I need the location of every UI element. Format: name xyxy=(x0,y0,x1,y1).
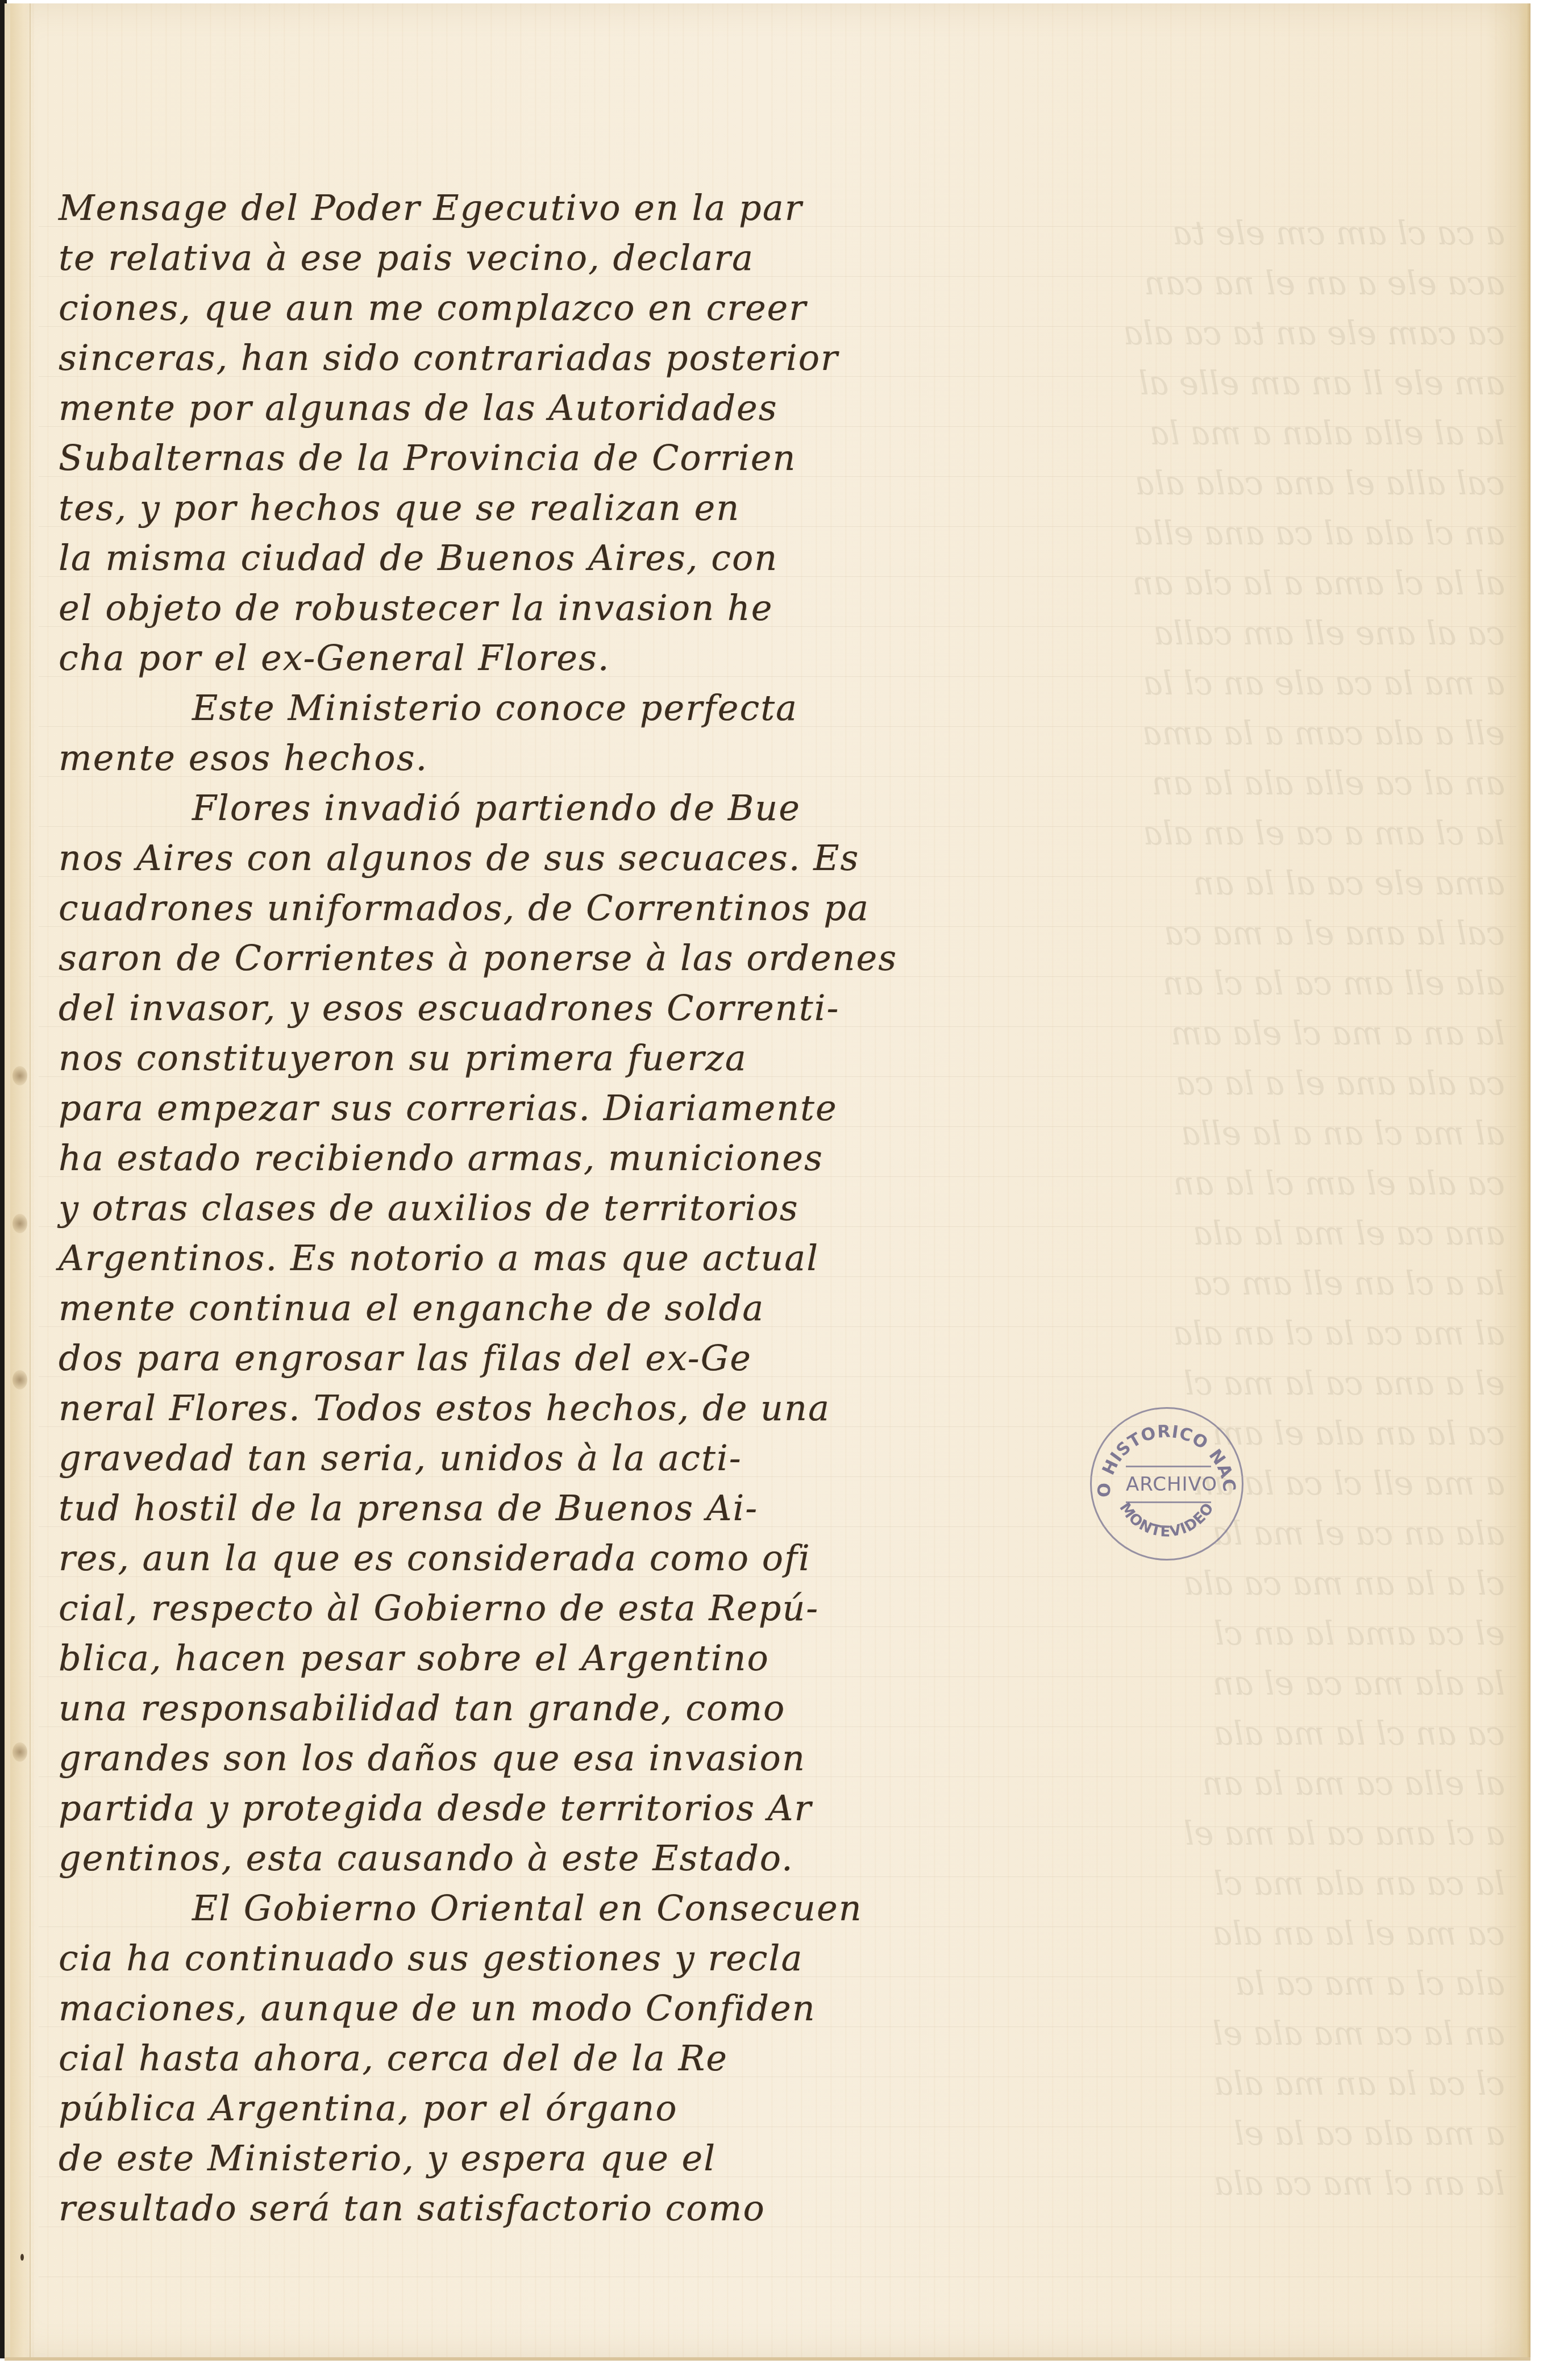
ruled-line xyxy=(39,2177,1516,2177)
ruled-line xyxy=(39,1026,1516,1027)
binding-stain xyxy=(13,1066,27,1085)
manuscript-line: del invasor, y esos escuadrones Correnti… xyxy=(59,983,888,1033)
ruled-line xyxy=(39,576,1516,577)
manuscript-line: cia ha continuado sus gestiones y recla xyxy=(59,1933,888,1983)
ruled-line xyxy=(39,2077,1516,2077)
ruled-line xyxy=(39,776,1516,777)
manuscript-line: blica, hacen pesar sobre el Argentino xyxy=(59,1633,888,1683)
manuscript-line: partida y protegida desde territorios Ar xyxy=(59,1783,888,1833)
manuscript-line: tes, y por hechos que se realizan en xyxy=(59,483,888,533)
manuscript-line: Mensage del Poder Egecutivo en la par xyxy=(59,183,888,233)
manuscript-line: cial, respecto àl Gobierno de esta Repú- xyxy=(59,1583,888,1633)
manuscript-line: la misma ciudad de Buenos Aires, con xyxy=(59,533,888,583)
ruled-line xyxy=(39,1826,1516,1827)
manuscript-text: Mensage del Poder Egecutivo en la parte … xyxy=(59,183,888,2233)
manuscript-line: mente continua el enganche de solda xyxy=(59,1283,888,1333)
manuscript-line: Flores invadió partiendo de Bue xyxy=(59,783,888,833)
manuscript-line: ciones, que aun me complazco en creer xyxy=(59,283,888,333)
manuscript-line: el objeto de robustecer la invasion he xyxy=(59,583,888,633)
binding-stain xyxy=(13,1370,27,1389)
manuscript-line: cial hasta ahora, cerca del de la Re xyxy=(59,2033,888,2083)
manuscript-line: cuadrones uniformados, de Correntinos pa xyxy=(59,883,888,933)
manuscript-page: a ca cl am cm ele ta aca ele a an el na … xyxy=(5,3,1530,2361)
manuscript-line: gravedad tan seria, unidos à la acti- xyxy=(59,1433,888,1483)
ruled-line xyxy=(39,1977,1516,1977)
ruled-line xyxy=(39,2127,1516,2127)
ruled-line xyxy=(39,426,1516,427)
manuscript-line: te relativa à ese pais vecino, declara xyxy=(59,233,888,283)
ruled-line xyxy=(39,1626,1516,1627)
ruled-line xyxy=(39,1526,1516,1527)
manuscript-line: saron de Corrientes à ponerse à las orde… xyxy=(59,933,888,983)
ruled-line xyxy=(39,2227,1516,2227)
ruled-line xyxy=(39,1276,1516,1277)
ruled-line xyxy=(39,1876,1516,1877)
ruled-line xyxy=(39,326,1516,327)
binding-stain xyxy=(13,1214,27,1233)
ruled-line xyxy=(39,2277,1516,2277)
archive-stamp: MUSEO HISTORICO NACIONAL - MONTEVIDEO - … xyxy=(1090,1407,1243,1561)
ruled-line xyxy=(39,1776,1516,1777)
ruled-line xyxy=(39,1676,1516,1677)
ruled-line xyxy=(39,1426,1516,1427)
manuscript-line: de este Ministerio, y espera que el xyxy=(59,2133,888,2183)
manuscript-line: maciones, aunque de un modo Confiden xyxy=(59,1983,888,2033)
ink-dot xyxy=(20,2254,24,2261)
ruled-line xyxy=(39,1726,1516,1727)
ruled-line xyxy=(39,626,1516,627)
ruled-line xyxy=(39,1326,1516,1327)
manuscript-line: nos constituyeron su primera fuerza xyxy=(59,1033,888,1083)
binding-stain xyxy=(13,1742,27,1762)
ruled-line xyxy=(39,226,1516,227)
ruled-line xyxy=(39,276,1516,277)
ruled-line xyxy=(39,676,1516,677)
manuscript-line: gentinos, esta causando à este Estado. xyxy=(59,1833,888,1883)
ruled-line xyxy=(39,876,1516,877)
manuscript-line: ha estado recibiendo armas, municiones xyxy=(59,1133,888,1183)
ruled-line xyxy=(39,526,1516,527)
manuscript-line: sinceras, han sido contrariadas posterio… xyxy=(59,333,888,383)
ruled-line xyxy=(39,1376,1516,1377)
manuscript-line: grandes son los daños que esa invasion xyxy=(59,1733,888,1783)
page-edge-right xyxy=(1518,3,1530,2357)
ruled-line xyxy=(39,376,1516,377)
ruled-line xyxy=(39,976,1516,977)
ruled-line xyxy=(39,1576,1516,1577)
manuscript-line: Subalternas de la Provincia de Corrien xyxy=(59,433,888,483)
manuscript-line: nos Aires con algunos de sus secuaces. E… xyxy=(59,833,888,883)
manuscript-line: Este Ministerio conoce perfecta xyxy=(59,683,888,733)
manuscript-line: Argentinos. Es notorio a mas que actual xyxy=(59,1233,888,1283)
bleed-through-text: a ca cl am cm ele ta aca ele a an el na … xyxy=(925,208,1505,2231)
fold-crease xyxy=(30,3,31,2357)
ruled-line xyxy=(39,2027,1516,2027)
ruled-line xyxy=(39,1176,1516,1177)
ruled-line xyxy=(39,1476,1516,1477)
manuscript-line: neral Flores. Todos estos hechos, de una xyxy=(59,1383,888,1433)
manuscript-line: mente por algunas de las Autoridades xyxy=(59,383,888,433)
manuscript-line: mente esos hechos. xyxy=(59,733,888,783)
manuscript-line: cha por el ex-General Flores. xyxy=(59,633,888,683)
manuscript-line: pública Argentina, por el órgano xyxy=(59,2083,888,2133)
manuscript-line: El Gobierno Oriental en Consecuen xyxy=(59,1883,888,1933)
ruled-line xyxy=(39,926,1516,927)
ruled-line xyxy=(39,1226,1516,1227)
manuscript-line: y otras clases de auxilios de territorio… xyxy=(59,1183,888,1233)
ruled-line xyxy=(39,1927,1516,1927)
manuscript-line: para empezar sus correrias. Diariamente xyxy=(59,1083,888,1133)
ruled-line xyxy=(39,476,1516,477)
ruled-line xyxy=(39,726,1516,727)
manuscript-line: resultado será tan satisfactorio como xyxy=(59,2183,888,2233)
ruled-line xyxy=(39,826,1516,827)
ruled-line xyxy=(39,1076,1516,1077)
stamp-center-label: ARCHIVO xyxy=(1126,1466,1211,1503)
manuscript-line: res, aun la que es considerada como ofi xyxy=(59,1533,888,1583)
ruled-line xyxy=(39,1126,1516,1127)
manuscript-line: tud hostil de la prensa de Buenos Ai- xyxy=(59,1483,888,1533)
manuscript-line: una responsabilidad tan grande, como xyxy=(59,1683,888,1733)
manuscript-line: dos para engrosar las filas del ex-Ge xyxy=(59,1333,888,1383)
